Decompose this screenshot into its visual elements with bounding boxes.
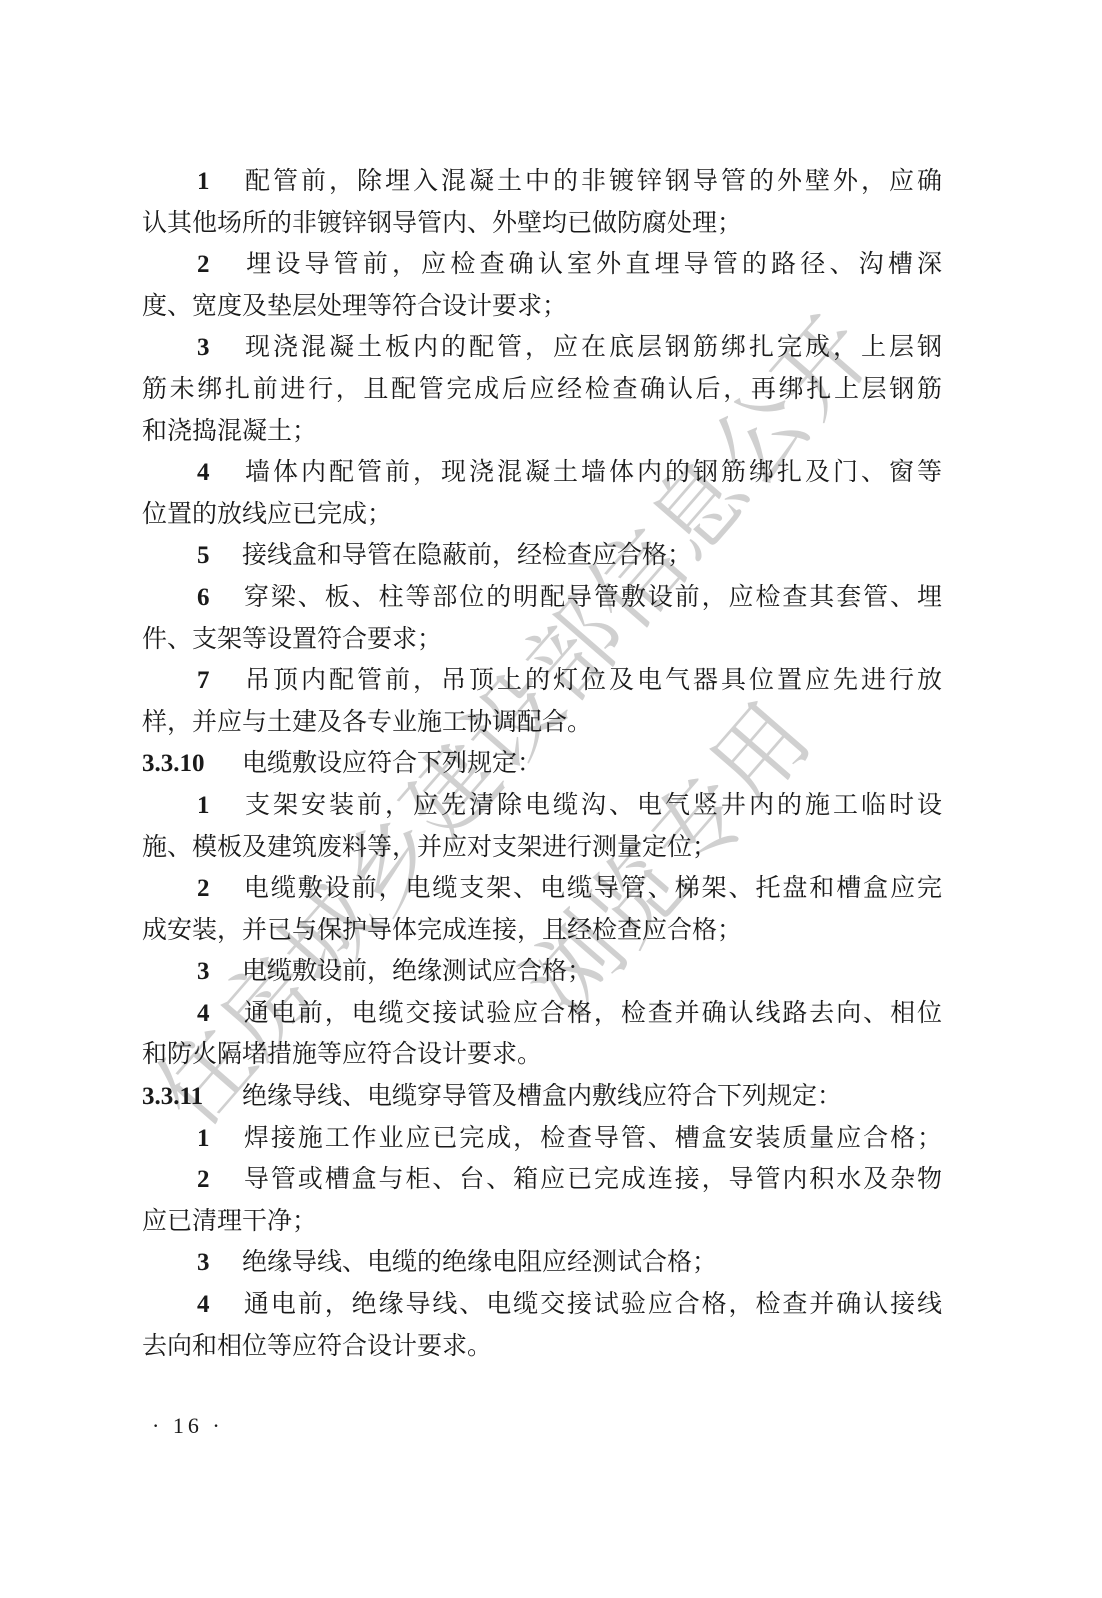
list-item: 1焊接施工作业应已完成，检查导管、槽盒安装质量应合格； bbox=[142, 1117, 942, 1159]
item-number: 7 bbox=[197, 660, 242, 702]
item-text: 筋未绑扎前进行，且配管完成后应经检查确认后，再绑扎上层钢筋 bbox=[142, 368, 942, 410]
item-text: 支架安装前，应先清除电缆沟、电气竖井内的施工临时设 bbox=[242, 790, 942, 819]
page-number: · 16 · bbox=[152, 1413, 224, 1439]
clause-heading-3-3-10: 3.3.10电缆敷设应符合下列规定： bbox=[142, 742, 942, 784]
item-text: 电缆敷设前，电缆支架、电缆导管、梯架、托盘和槽盒应完 bbox=[242, 873, 942, 902]
item-text: 成安装，并已与保护导体完成连接，且经检查应合格； bbox=[142, 909, 942, 951]
item-text: 埋设导管前，应检查确认室外直埋导管的路径、沟槽深 bbox=[242, 249, 942, 278]
list-item: 1支架安装前，应先清除电缆沟、电气竖井内的施工临时设 施、模板及建筑废料等，并应… bbox=[142, 784, 942, 867]
item-text: 和浇捣混凝土； bbox=[142, 410, 942, 452]
item-text: 接线盒和导管在隐蔽前，经检查应合格； bbox=[242, 540, 692, 569]
item-number: 3 bbox=[197, 951, 242, 993]
item-text: 电缆敷设前，绝缘测试应合格； bbox=[242, 956, 592, 985]
item-number: 3 bbox=[197, 1242, 242, 1284]
item-text: 现浇混凝土板内的配管，应在底层钢筋绑扎完成，上层钢 bbox=[242, 332, 942, 361]
item-text: 应已清理干净； bbox=[142, 1200, 942, 1242]
list-item: 4通电前，绝缘导线、电缆交接试验应合格，检查并确认接线 去向和相位等应符合设计要… bbox=[142, 1283, 942, 1366]
item-number: 1 bbox=[197, 1118, 242, 1160]
item-number: 2 bbox=[197, 244, 242, 286]
item-text: 墙体内配管前，现浇混凝土墙体内的钢筋绑扎及门、窗等 bbox=[242, 457, 942, 486]
item-text: 穿梁、板、柱等部位的明配导管敷设前，应检查其套管、埋 bbox=[242, 582, 942, 611]
item-number: 4 bbox=[197, 452, 242, 494]
item-number: 3 bbox=[197, 327, 242, 369]
list-item: 2导管或槽盒与柜、台、箱应已完成连接，导管内积水及杂物 应已清理干净； bbox=[142, 1158, 942, 1241]
item-number: 1 bbox=[197, 161, 242, 203]
item-text: 件、支架等设置符合要求； bbox=[142, 618, 942, 660]
item-number: 4 bbox=[197, 1284, 242, 1326]
item-text: 和防火隔堵措施等应符合设计要求。 bbox=[142, 1033, 942, 1075]
clause-heading-3-3-11: 3.3.11绝缘导线、电缆穿导管及槽盒内敷线应符合下列规定： bbox=[142, 1075, 942, 1117]
list-item: 2电缆敷设前，电缆支架、电缆导管、梯架、托盘和槽盒应完 成安装，并已与保护导体完… bbox=[142, 867, 942, 950]
item-text: 样，并应与土建及各专业施工协调配合。 bbox=[142, 701, 942, 743]
list-item: 7吊顶内配管前，吊顶上的灯位及电气器具位置应先进行放 样，并应与土建及各专业施工… bbox=[142, 659, 942, 742]
item-number: 1 bbox=[197, 785, 242, 827]
item-number: 5 bbox=[197, 535, 242, 577]
list-item: 6穿梁、板、柱等部位的明配导管敷设前，应检查其套管、埋 件、支架等设置符合要求； bbox=[142, 576, 942, 659]
clause-number: 3.3.10 bbox=[142, 743, 242, 785]
item-text: 位置的放线应已完成； bbox=[142, 493, 942, 535]
list-item: 3绝缘导线、电缆的绝缘电阻应经测试合格； bbox=[142, 1241, 942, 1283]
item-text: 施、模板及建筑废料等，并应对支架进行测量定位； bbox=[142, 826, 942, 868]
item-number: 6 bbox=[197, 577, 242, 619]
item-text: 通电前，电缆交接试验应合格，检查并确认线路去向、相位 bbox=[242, 998, 942, 1027]
item-text: 度、宽度及垫层处理等符合设计要求； bbox=[142, 285, 942, 327]
item-number: 4 bbox=[197, 993, 242, 1035]
clause-number: 3.3.11 bbox=[142, 1076, 242, 1118]
document-body: 1配管前，除埋入混凝土中的非镀锌钢导管的外壁外，应确 认其他场所的非镀锌钢导管内… bbox=[142, 160, 942, 1366]
item-text: 认其他场所的非镀锌钢导管内、外壁均已做防腐处理； bbox=[142, 202, 942, 244]
list-item: 1配管前，除埋入混凝土中的非镀锌钢导管的外壁外，应确 认其他场所的非镀锌钢导管内… bbox=[142, 160, 942, 243]
item-text: 吊顶内配管前，吊顶上的灯位及电气器具位置应先进行放 bbox=[242, 665, 942, 694]
clause-title: 电缆敷设应符合下列规定： bbox=[242, 748, 542, 777]
item-number: 2 bbox=[197, 1159, 242, 1201]
clause-title: 绝缘导线、电缆穿导管及槽盒内敷线应符合下列规定： bbox=[242, 1081, 842, 1110]
list-item: 4通电前，电缆交接试验应合格，检查并确认线路去向、相位 和防火隔堵措施等应符合设… bbox=[142, 992, 942, 1075]
list-item: 3现浇混凝土板内的配管，应在底层钢筋绑扎完成，上层钢 筋未绑扎前进行，且配管完成… bbox=[142, 326, 942, 451]
item-text: 通电前，绝缘导线、电缆交接试验应合格，检查并确认接线 bbox=[242, 1289, 942, 1318]
item-text: 焊接施工作业应已完成，检查导管、槽盒安装质量应合格； bbox=[242, 1123, 942, 1152]
list-item: 4墙体内配管前，现浇混凝土墙体内的钢筋绑扎及门、窗等 位置的放线应已完成； bbox=[142, 451, 942, 534]
item-number: 2 bbox=[197, 868, 242, 910]
list-item: 3电缆敷设前，绝缘测试应合格； bbox=[142, 950, 942, 992]
list-item: 2埋设导管前，应检查确认室外直埋导管的路径、沟槽深 度、宽度及垫层处理等符合设计… bbox=[142, 243, 942, 326]
list-item: 5接线盒和导管在隐蔽前，经检查应合格； bbox=[142, 534, 942, 576]
item-text: 导管或槽盒与柜、台、箱应已完成连接，导管内积水及杂物 bbox=[242, 1164, 942, 1193]
item-text: 去向和相位等应符合设计要求。 bbox=[142, 1325, 942, 1367]
item-text: 配管前，除埋入混凝土中的非镀锌钢导管的外壁外，应确 bbox=[242, 166, 942, 195]
item-text: 绝缘导线、电缆的绝缘电阻应经测试合格； bbox=[242, 1247, 717, 1276]
